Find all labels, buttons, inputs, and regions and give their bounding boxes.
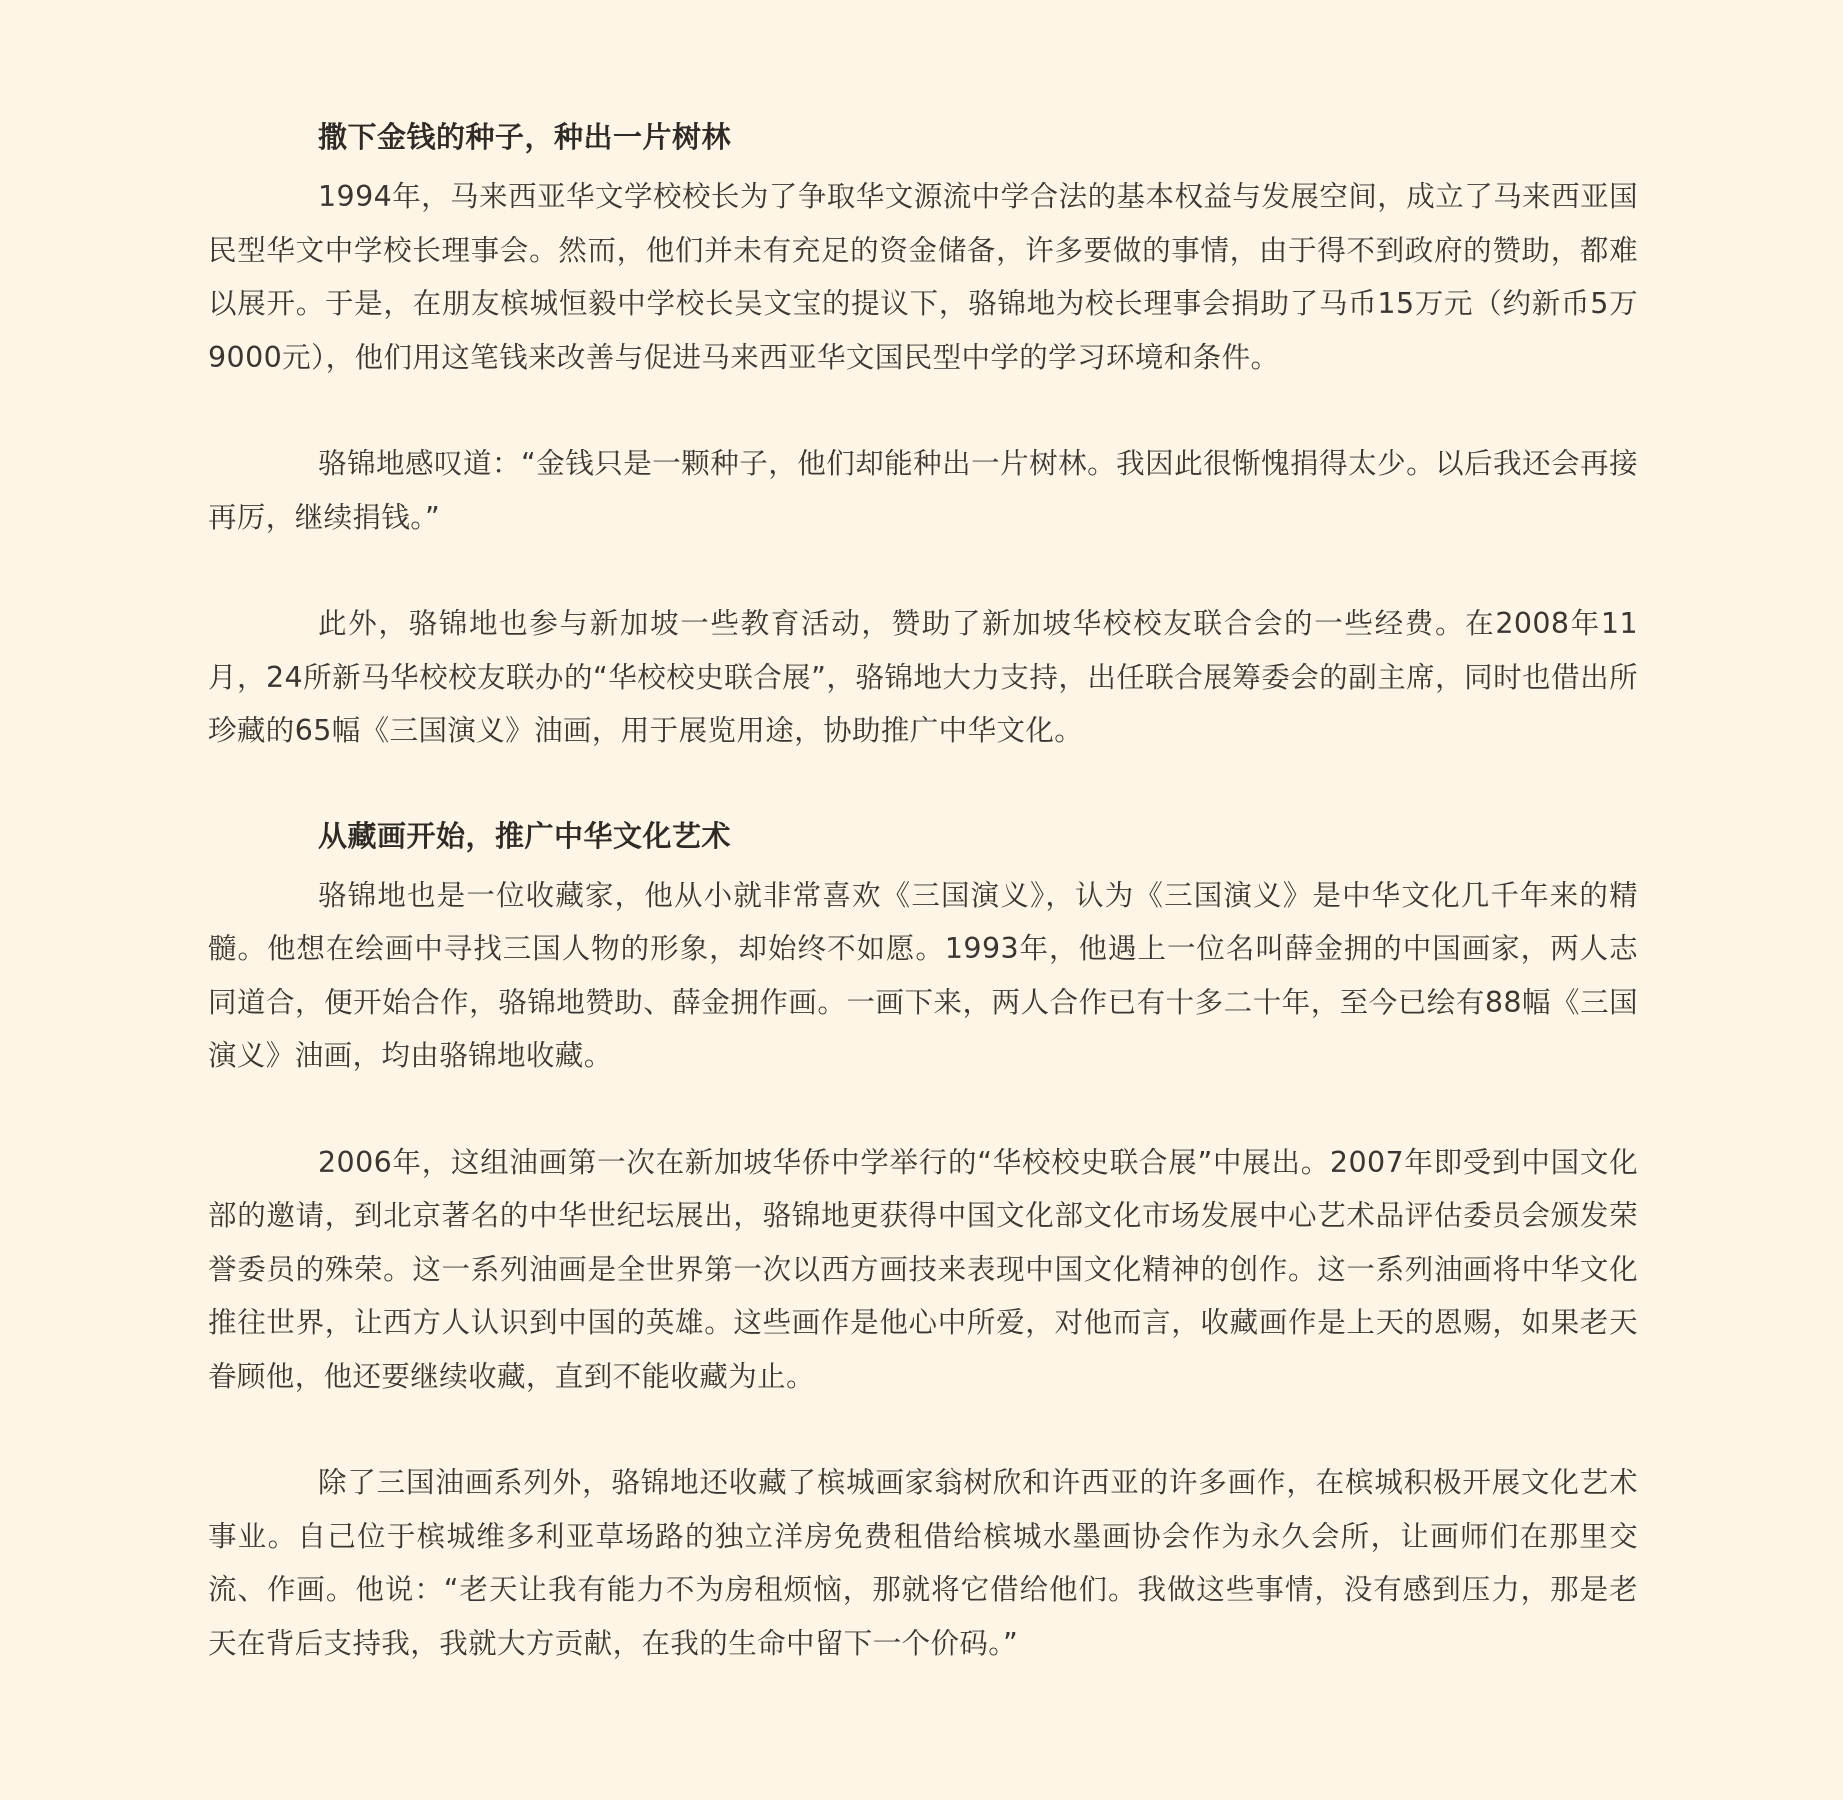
paragraph-principals-council-donation: 1994年，马来西亚华文学校校长为了争取华文源流中学合法的基本权益与发展空间，成… bbox=[208, 170, 1638, 384]
section-heading-money-seeds: 撒下金钱的种子，种出一片树林 bbox=[208, 112, 1638, 162]
paragraph-penang-art-support: 除了三国油画系列外，骆锦地还收藏了槟城画家翁树欣和许西亚的许多画作，在槟城积极开… bbox=[208, 1456, 1638, 1670]
section-heading-art-collection: 从藏画开始，推广中华文化艺术 bbox=[208, 811, 1638, 861]
article-body: 撒下金钱的种子，种出一片树林 1994年，马来西亚华文学校校长为了争取华文源流中… bbox=[208, 112, 1638, 1723]
paragraph-exhibition-history: 2006年，这组油画第一次在新加坡华侨中学举行的“华校校史联合展”中展出。200… bbox=[208, 1136, 1638, 1404]
paragraph-singapore-education: 此外，骆锦地也参与新加坡一些教育活动，赞助了新加坡华校校友联合会的一些经费。在2… bbox=[208, 597, 1638, 758]
paragraph-three-kingdoms-collection: 骆锦地也是一位收藏家，他从小就非常喜欢《三国演义》，认为《三国演义》是中华文化几… bbox=[208, 869, 1638, 1083]
paragraph-seed-quote: 骆锦地感叹道：“金钱只是一颗种子，他们却能种出一片树林。我因此很惭愧捐得太少。以… bbox=[208, 437, 1638, 544]
